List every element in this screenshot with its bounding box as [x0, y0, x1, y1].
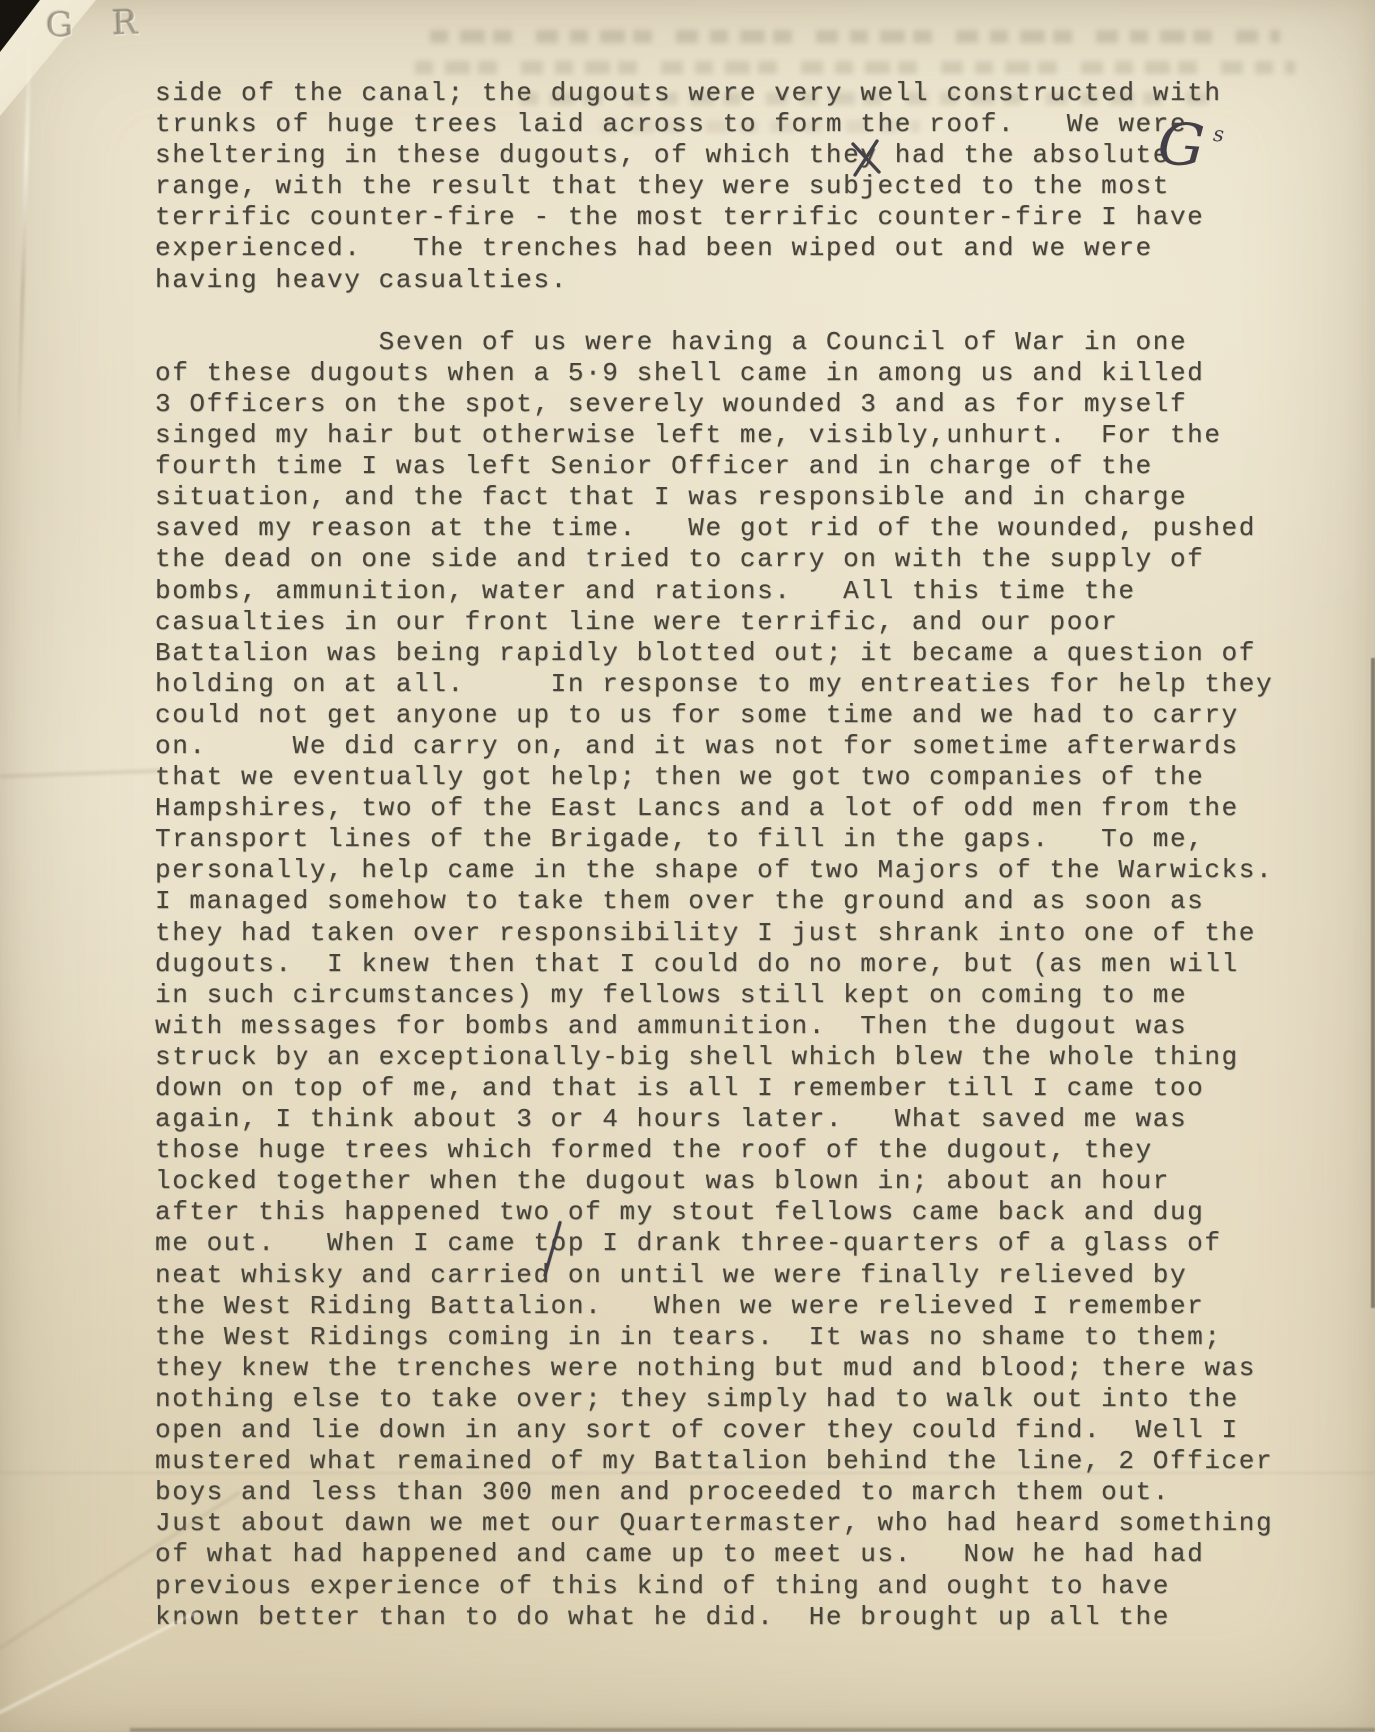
bleed-through-text [415, 61, 1295, 74]
bleed-through-text [430, 30, 1280, 43]
typewritten-text: side of the canal; the dugouts were very… [155, 78, 1360, 1633]
document-page: G R side of the canal; the dugouts were … [0, 0, 1375, 1732]
paper-crease [0, 1472, 1375, 1474]
scan-edge-shadow [130, 1728, 1375, 1732]
scan-edge-shadow [1371, 658, 1375, 1308]
paragraph-2: Seven of us were having a Council of War… [155, 327, 1360, 1633]
paper-crease [0, 769, 165, 778]
embossed-stamp: G R [45, 2, 152, 46]
handwritten-insertion: Gs [1156, 114, 1217, 176]
handwritten-superscript: s [1212, 122, 1224, 147]
handwritten-letter: G [1156, 114, 1206, 175]
strikeout-x-mark [850, 139, 884, 177]
